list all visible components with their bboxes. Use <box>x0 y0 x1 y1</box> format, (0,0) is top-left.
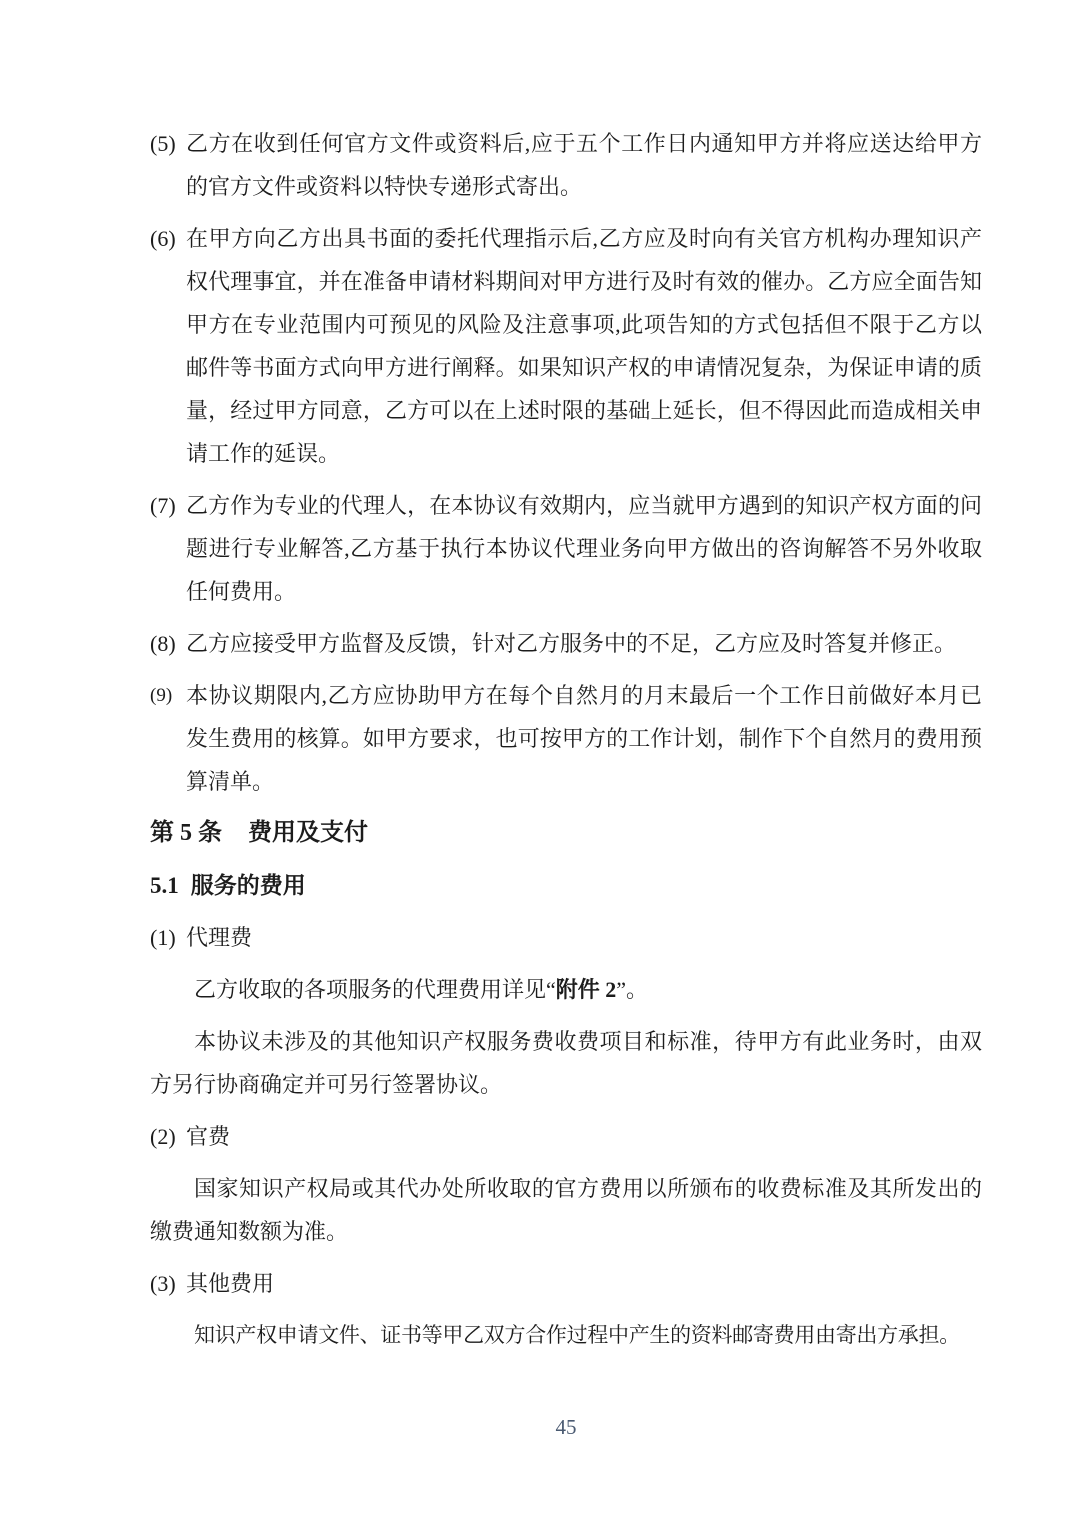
clause-text: 乙方作为专业的代理人，在本协议有效期内，应当就甲方遇到的知识产权方面的问题进行专… <box>186 484 982 613</box>
clause-item-5: (5) 乙方在收到任何官方文件或资料后,应于五个工作日内通知甲方并将应送达给甲方… <box>150 122 982 208</box>
fee-item-number: (3) <box>150 1262 186 1305</box>
section-number: 第 5 条 <box>150 820 222 846</box>
clause-number: (9) <box>150 674 186 803</box>
agency-fee-note: 乙方收取的各项服务的代理费用详见“附件 2”。 <box>150 968 982 1011</box>
clause-number: (6) <box>150 217 186 475</box>
document-page: (5) 乙方在收到任何官方文件或资料后,应于五个工作日内通知甲方并将应送达给甲方… <box>0 0 1080 1527</box>
page-content: (5) 乙方在收到任何官方文件或资料后,应于五个工作日内通知甲方并将应送达给甲方… <box>150 122 982 1366</box>
section-heading: 第 5 条费用及支付 <box>150 812 982 855</box>
fee-item-label: 官费 <box>186 1115 982 1158</box>
agency-fee-note-suffix: ”。 <box>616 977 648 1002</box>
sub-section-heading: 5.1服务的费用 <box>150 864 982 907</box>
clause-number: (5) <box>150 122 186 208</box>
section-title: 费用及支付 <box>248 820 368 846</box>
clause-text: 乙方在收到任何官方文件或资料后,应于五个工作日内通知甲方并将应送达给甲方的官方文… <box>186 122 982 208</box>
clause-item-9: (9) 本协议期限内,乙方应协助甲方在每个自然月的月末最后一个工作日前做好本月已… <box>150 674 982 803</box>
fee-item-3: (3) 其他费用 <box>150 1262 982 1305</box>
official-fee-paragraph: 国家知识产权局或其代办处所收取的官方费用以所颁布的收费标准及其所发出的缴费通知数… <box>150 1167 982 1253</box>
fee-item-1: (1) 代理费 <box>150 916 982 959</box>
fee-item-label: 代理费 <box>186 916 982 959</box>
sub-section-title: 服务的费用 <box>191 873 306 898</box>
clause-text: 本协议期限内,乙方应协助甲方在每个自然月的月末最后一个工作日前做好本月已发生费用… <box>186 674 982 803</box>
fee-item-label: 其他费用 <box>186 1262 982 1305</box>
clause-number: (8) <box>150 622 186 665</box>
clause-item-8: (8) 乙方应接受甲方监督及反馈，针对乙方服务中的不足，乙方应及时答复并修正。 <box>150 622 982 665</box>
clause-item-6: (6) 在甲方向乙方出具书面的委托代理指示后,乙方应及时向有关官方机构办理知识产… <box>150 217 982 475</box>
clause-text: 乙方应接受甲方监督及反馈，针对乙方服务中的不足，乙方应及时答复并修正。 <box>186 622 982 665</box>
fee-item-number: (2) <box>150 1115 186 1158</box>
page-number: 45 <box>150 1414 982 1440</box>
sub-section-number: 5.1 <box>150 873 179 898</box>
clause-number: (7) <box>150 484 186 613</box>
agency-fee-note-prefix: 乙方收取的各项服务的代理费用详见“ <box>194 977 556 1002</box>
agency-fee-extra-paragraph: 本协议未涉及的其他知识产权服务费收费项目和标准，待甲方有此业务时，由双方另行协商… <box>150 1020 982 1106</box>
fee-item-2: (2) 官费 <box>150 1115 982 1158</box>
clause-item-7: (7) 乙方作为专业的代理人，在本协议有效期内，应当就甲方遇到的知识产权方面的问… <box>150 484 982 613</box>
fee-item-number: (1) <box>150 916 186 959</box>
attachment-2-reference: 附件 2 <box>556 977 617 1002</box>
other-fee-paragraph: 知识产权申请文件、证书等甲乙双方合作过程中产生的资料邮寄费用由寄出方承担。 <box>150 1314 982 1357</box>
clause-text: 在甲方向乙方出具书面的委托代理指示后,乙方应及时向有关官方机构办理知识产权代理事… <box>186 217 982 475</box>
